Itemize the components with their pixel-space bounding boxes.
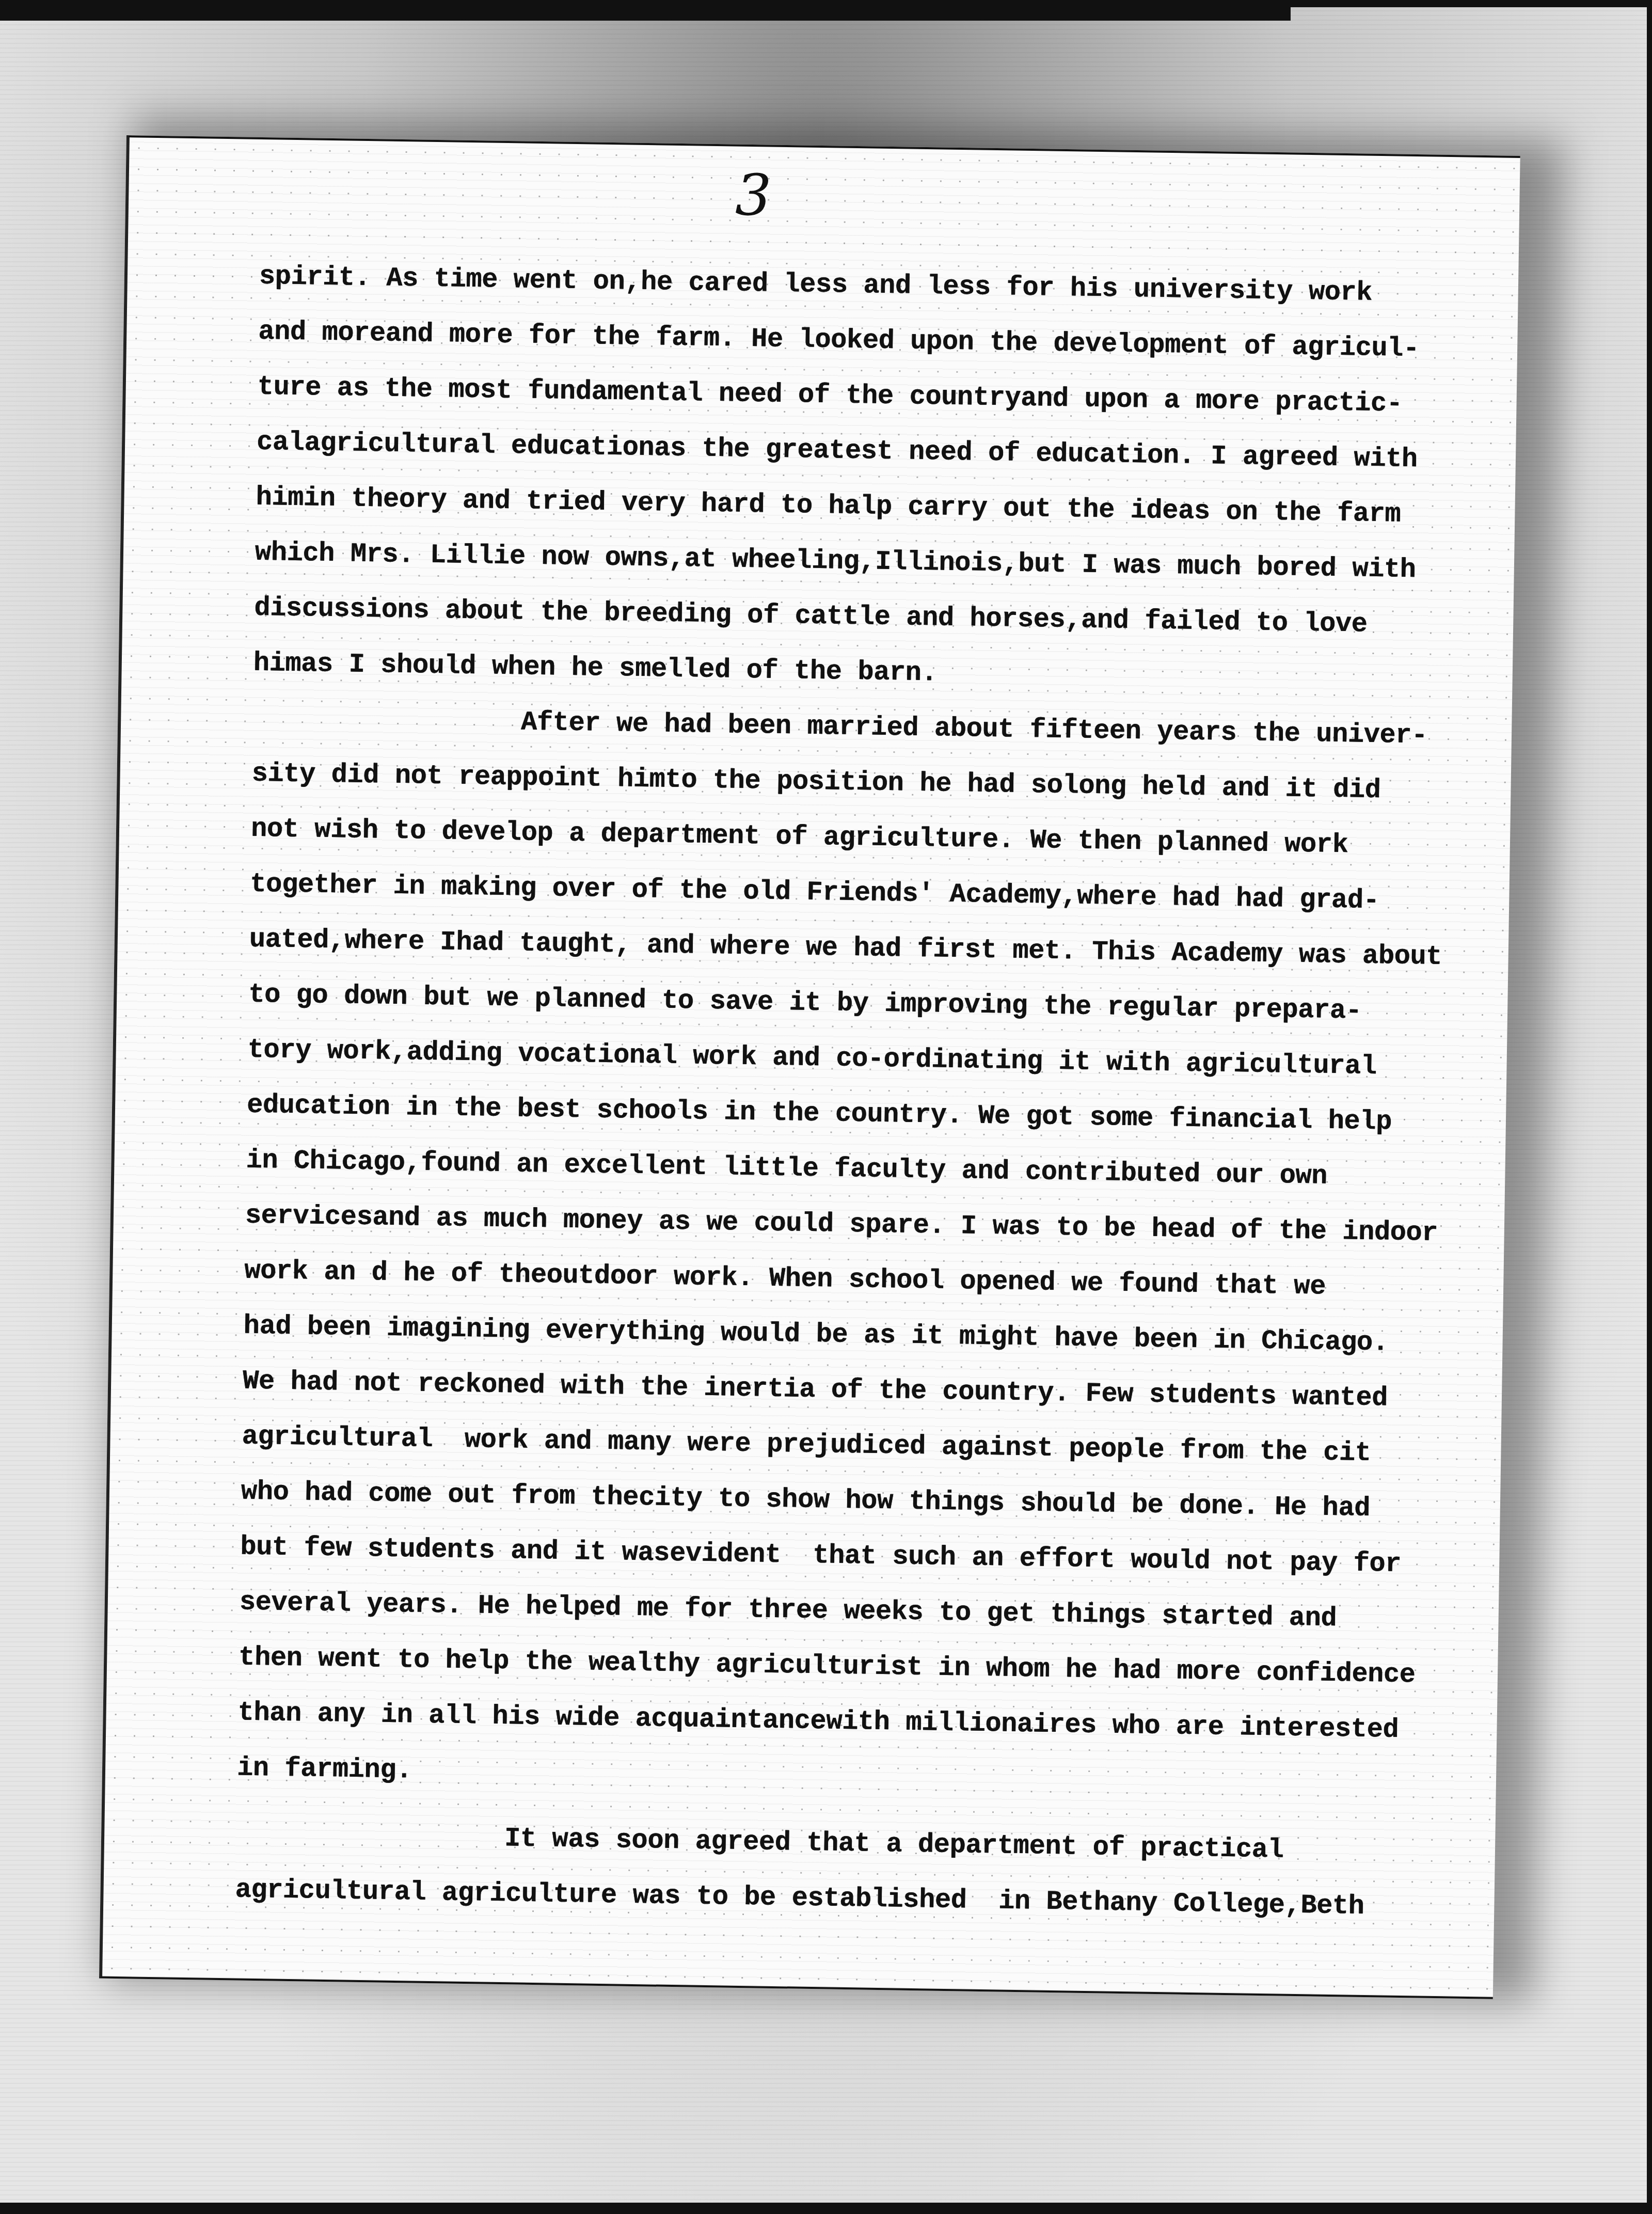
paragraph-2: After we had been married about fifteen …: [236, 691, 1481, 1814]
scan-border-top-right: [1291, 0, 1652, 7]
scan-border-right: [1647, 0, 1652, 2214]
paragraph-1: spirit. As time went on,he cared less an…: [253, 249, 1488, 709]
handwritten-page-number: 3: [735, 162, 772, 229]
scan-border-top: [0, 0, 1291, 21]
typewritten-page: 3 spirit. As time went on,he cared less …: [99, 135, 1520, 1999]
paragraph-3: It was soon agreed that a department of …: [235, 1807, 1465, 1936]
body-text: spirit. As time went on,he cared less an…: [235, 249, 1488, 1936]
scan-border-bottom: [0, 2203, 1652, 2214]
